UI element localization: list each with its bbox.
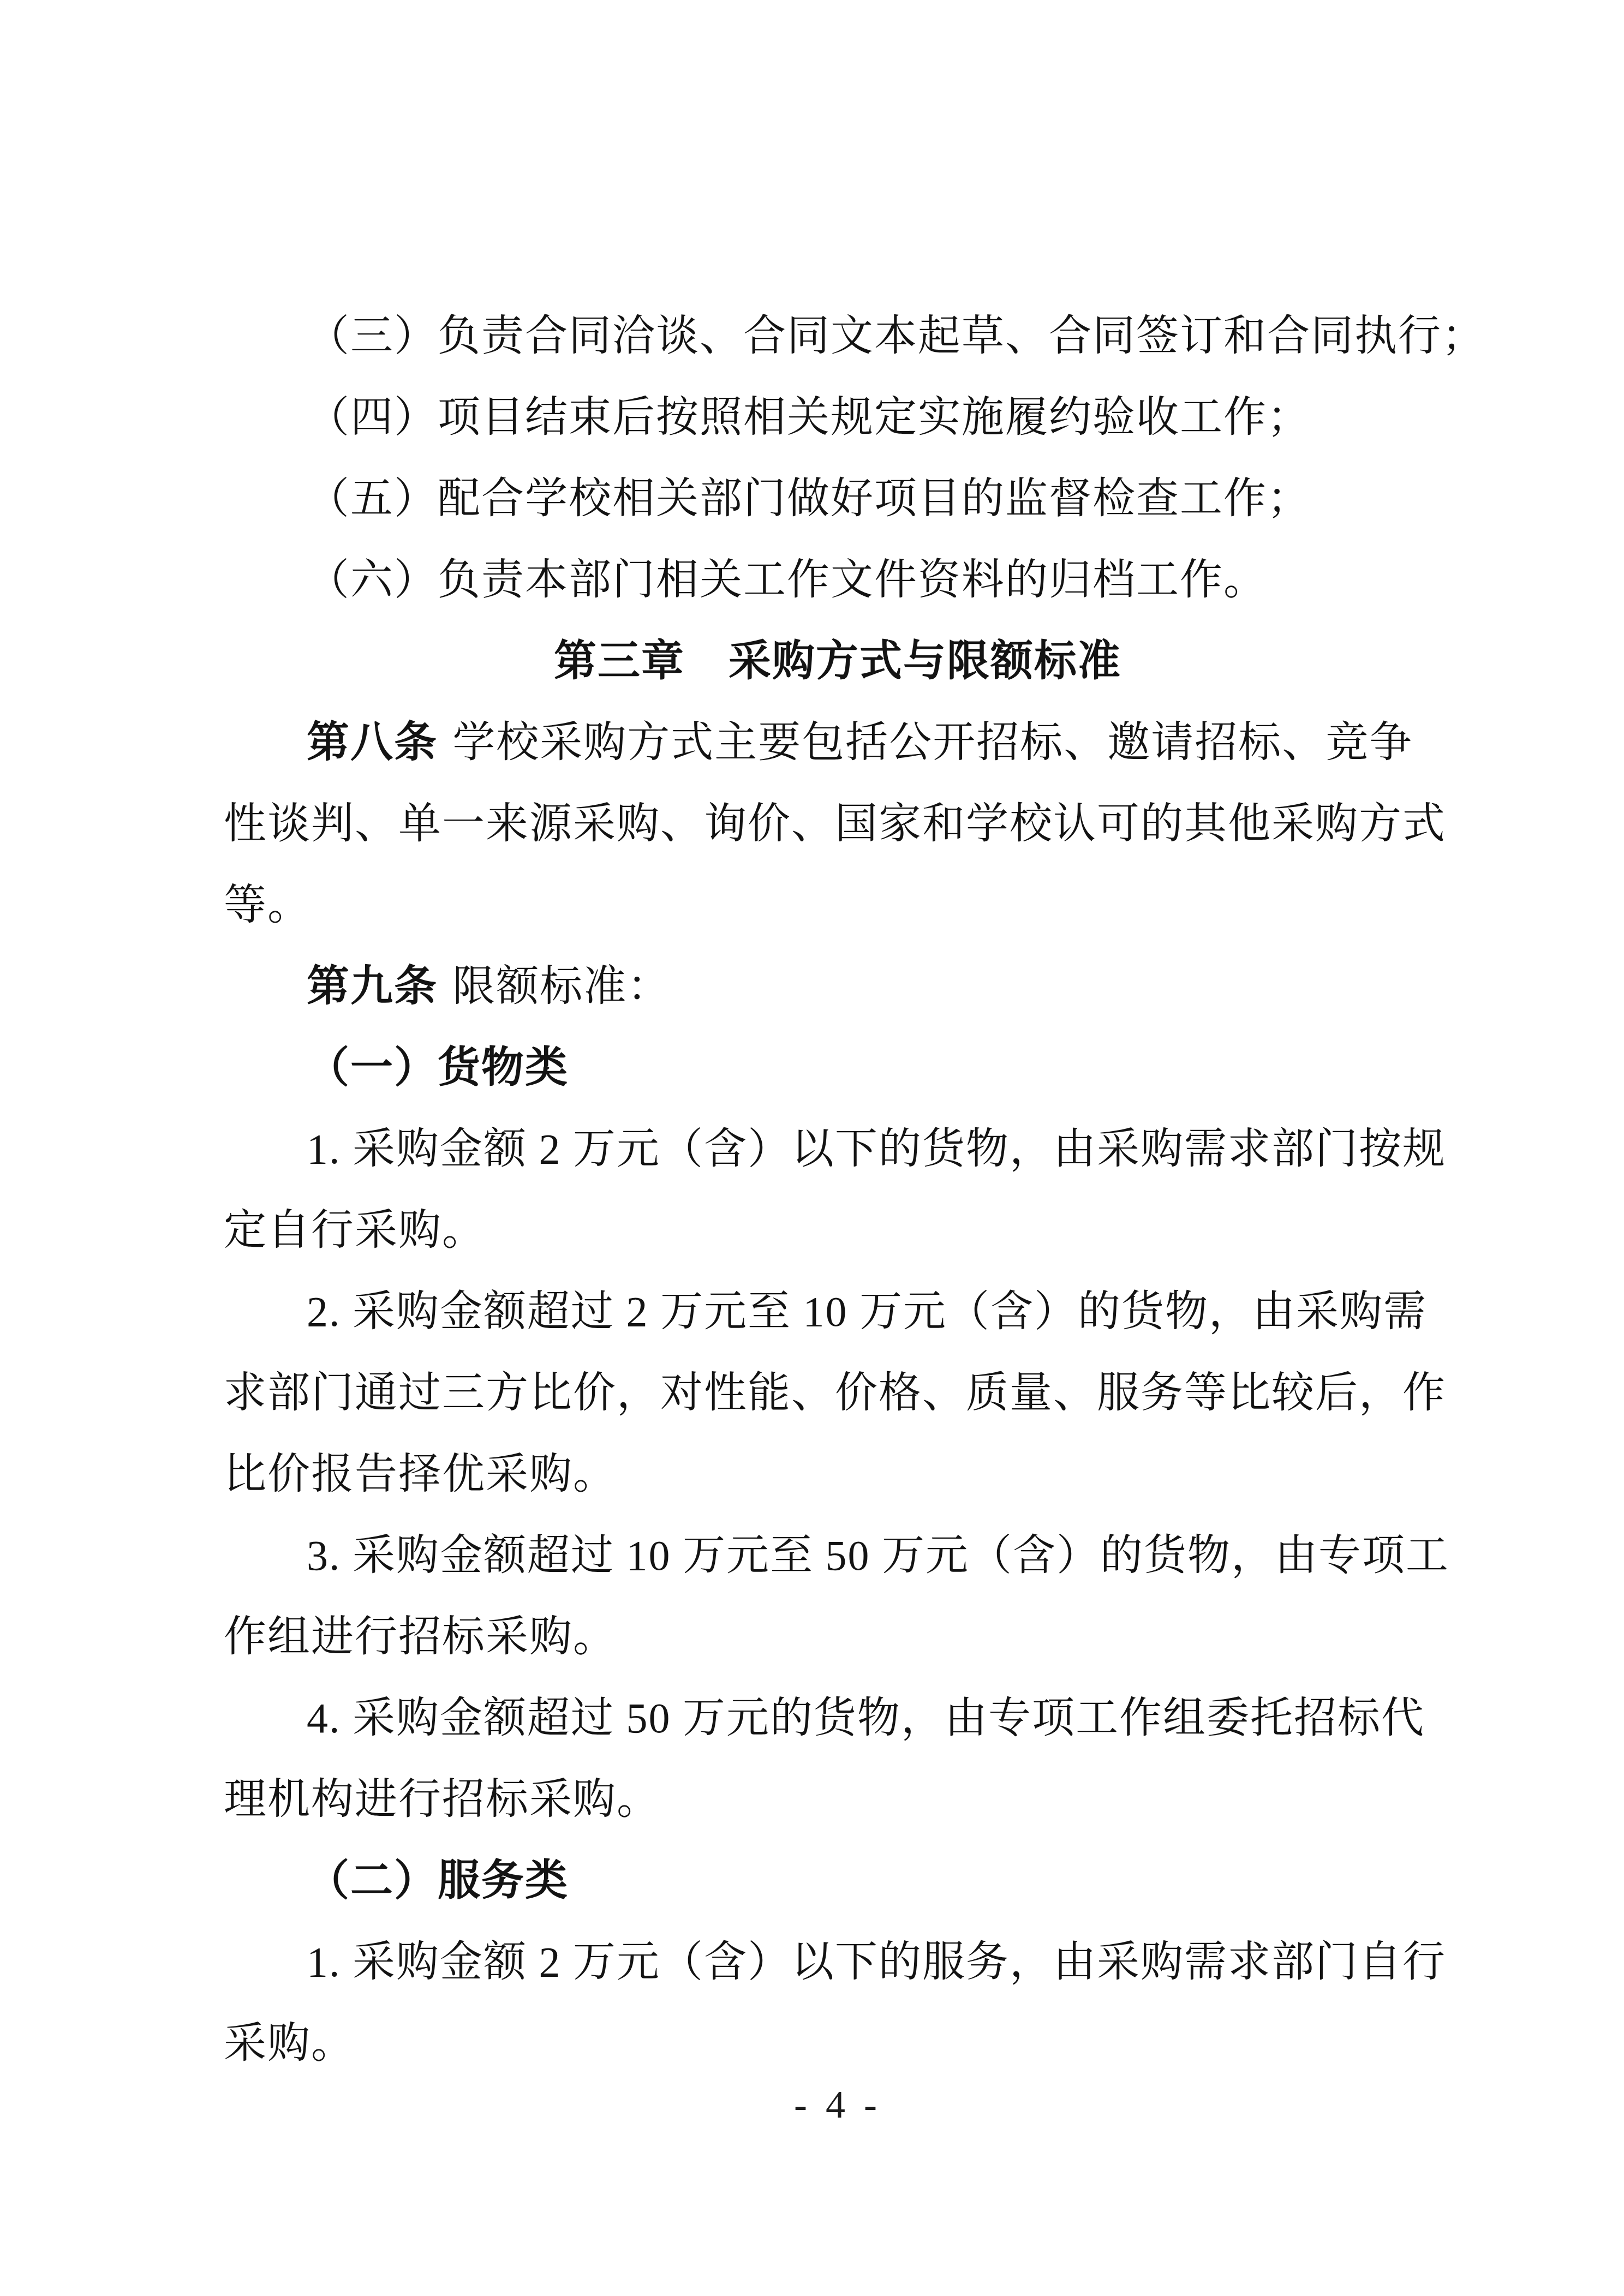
article-paragraph-line: 第八条学校采购方式主要包括公开招标、邀请招标、竞争: [224, 702, 1452, 783]
paragraph-line: 等。: [224, 864, 1452, 946]
paragraph-line: 作组进行招标采购。: [224, 1596, 1452, 1677]
paragraph-line: （五）配合学校相关部门做好项目的监督检查工作；: [224, 458, 1452, 539]
article-paragraph-line: 第九条限额标准：: [224, 946, 1452, 1027]
paragraph-line: 2. 采购金额超过 2 万元至 10 万元（含）的货物，由采购需: [224, 1271, 1452, 1352]
paragraph-line: 1. 采购金额 2 万元（含）以下的服务，由采购需求部门自行: [224, 1921, 1452, 2002]
paragraph-line: （四）项目结束后按照相关规定实施履约验收工作；: [224, 376, 1452, 458]
page-footer: - 4 -: [224, 2082, 1452, 2127]
article-number-label: 第八条: [307, 719, 438, 766]
document-page: （三）负责合同洽谈、合同文本起草、合同签订和合同执行；（四）项目结束后按照相关规…: [0, 0, 1624, 2296]
paragraph-line: 求部门通过三方比价，对性能、价格、质量、服务等比较后，作: [224, 1352, 1452, 1433]
document-body: （三）负责合同洽谈、合同文本起草、合同签订和合同执行；（四）项目结束后按照相关规…: [224, 295, 1452, 2084]
paragraph-line: 采购。: [224, 2002, 1452, 2084]
paragraph-line: （六）负责本部门相关工作文件资料的归档工作。: [224, 539, 1452, 620]
paragraph-line: 1. 采购金额 2 万元（含）以下的货物，由采购需求部门按规: [224, 1108, 1452, 1189]
section-heading: （二）服务类: [224, 1840, 1452, 1921]
page-number: - 4 -: [794, 2083, 881, 2126]
section-heading: （一）货物类: [224, 1027, 1452, 1108]
paragraph-text: 学校采购方式主要包括公开招标、邀请招标、竞争: [452, 719, 1413, 766]
paragraph-line: 性谈判、单一来源采购、询价、国家和学校认可的其他采购方式: [224, 783, 1452, 864]
paragraph-line: （三）负责合同洽谈、合同文本起草、合同签订和合同执行；: [224, 295, 1452, 376]
paragraph-line: 理机构进行招标采购。: [224, 1759, 1452, 1840]
paragraph-text: 限额标准：: [452, 962, 671, 1010]
paragraph-line: 比价报告择优采购。: [224, 1433, 1452, 1515]
article-number-label: 第九条: [307, 962, 438, 1010]
paragraph-line: 4. 采购金额超过 50 万元的货物，由专项工作组委托招标代: [224, 1677, 1452, 1759]
chapter-heading: 第三章 采购方式与限额标准: [224, 620, 1452, 702]
paragraph-line: 3. 采购金额超过 10 万元至 50 万元（含）的货物，由专项工: [224, 1515, 1452, 1596]
paragraph-line: 定自行采购。: [224, 1189, 1452, 1271]
